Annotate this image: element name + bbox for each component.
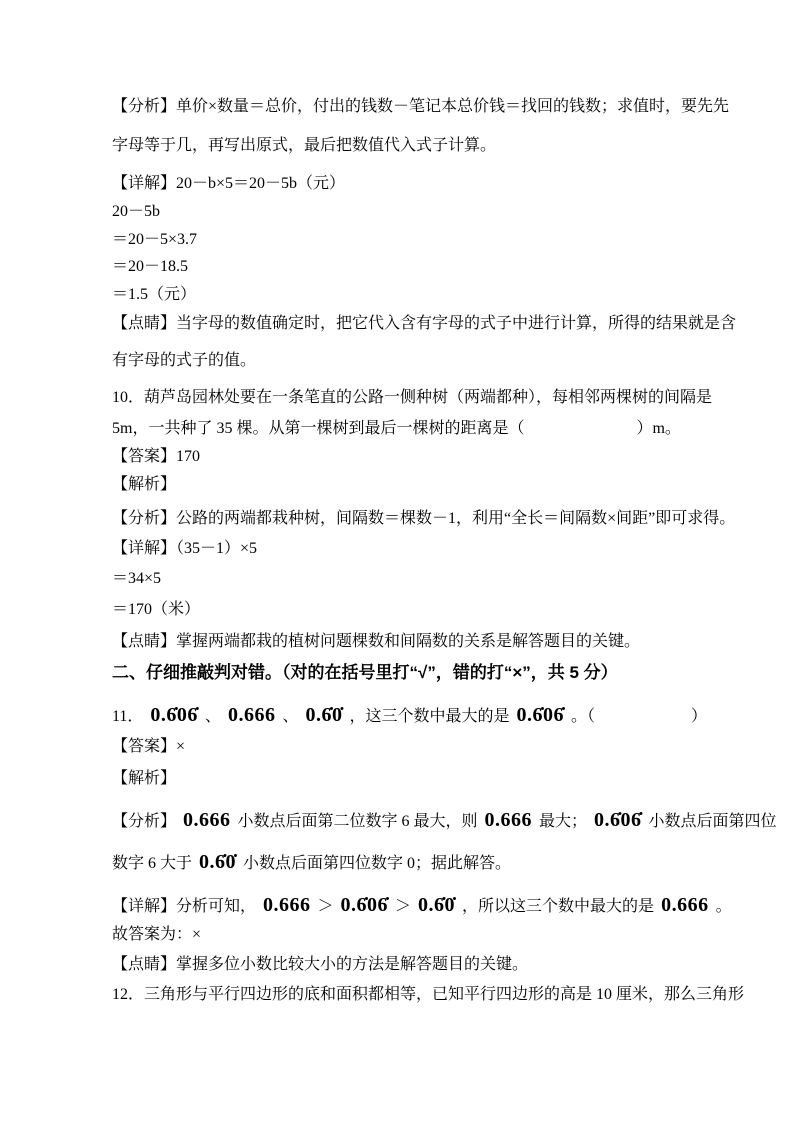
q9-equation-line-3: ＝20－18.5 — [112, 256, 712, 284]
detail-text: ，所以这三个数中最大的是 — [462, 898, 654, 915]
document-page: 【分析】单价×数量＝总价，付出的钱数－笔记本总价钱＝找回的钱数；求值时，要先先 … — [0, 0, 794, 1123]
q9-detail-line: 【详解】20－b×5＝20－5b（元） — [112, 173, 712, 201]
repeating-decimal-060: 0.6̇0̇ — [418, 894, 455, 916]
greater-than-sign: ＞ — [395, 898, 411, 915]
analysis-text: 小数点后面第四位 — [649, 813, 777, 830]
analysis-text: 小数点后面第二位数字 6 最大，则 — [238, 813, 478, 830]
q11-answer-line: 【答案】× — [112, 736, 712, 768]
repeating-decimal-0606: 0.6̇06̇ — [516, 704, 564, 726]
section-2-header: 二、仔细推敲判对错。（对的在括号里打“√”，错的打“×”，共 5 分） — [112, 662, 712, 704]
q11-tip-line: 【点睛】掌握多位小数比较大小的方法是解答题目的关键。 — [112, 954, 712, 984]
repeating-decimal-060: 0.6̇0̇ — [305, 704, 342, 726]
q9-analysis-line-1: 【分析】单价×数量＝总价，付出的钱数－笔记本总价钱＝找回的钱数；求值时，要先先 — [112, 96, 712, 135]
q10-equation-line-1: ＝34×5 — [112, 568, 712, 599]
q11-answer-blank: 。（ ） — [571, 708, 707, 725]
q9-equation-line-2: ＝20－5×3.7 — [112, 229, 712, 256]
q10-detail-line: 【详解】（35－1）×5 — [112, 538, 712, 568]
q10-analysis-label: 【解析】 — [112, 474, 712, 508]
greater-than-sign: ＞ — [318, 898, 334, 915]
q9-tip-line-2: 有字母的式子的值。 — [112, 350, 712, 387]
q11-analysis-line-2: 数字 6 大于 0.6̇0̇ 小数点后面第四位数字 0；据此解答。 — [112, 851, 712, 894]
repeating-decimal-0606: 0.6̇06̇ — [341, 894, 389, 916]
q11-number-prefix: 11． — [112, 708, 143, 725]
q10-analysis-line: 【分析】公路的两端都栽种树，间隔数＝棵数－1，利用“全长＝间隔数×间距”即可求得… — [112, 508, 712, 538]
q10-equation-line-2: ＝170（米） — [112, 599, 712, 631]
q11-stem-line: 11． 0.6̇06̇ 、 0.666 、 0.6̇0̇ ，这三个数中最大的是 … — [112, 704, 712, 736]
q11-analysis-line-1: 【分析】 0.666 小数点后面第二位数字 6 最大，则 0.666 最大； 0… — [112, 809, 712, 851]
list-separator: 、 — [205, 708, 221, 725]
detail-tag: 【详解】分析可知， — [112, 898, 256, 915]
decimal-0666: 0.666 — [485, 809, 533, 831]
q10-stem-line-2: 5m，一共种了 35 棵。从第一棵树到最后一棵树的距离是（ ）m。 — [112, 418, 712, 446]
q11-detail-line: 【详解】分析可知， 0.666 ＞ 0.6̇06̇ ＞ 0.6̇0̇ ，所以这三… — [112, 894, 712, 924]
q11-stem-text: ，这三个数中最大的是 — [349, 708, 509, 725]
list-separator: 、 — [282, 708, 298, 725]
decimal-0666: 0.666 — [228, 704, 276, 726]
q10-tip-line: 【点睛】掌握两端都栽的植树问题棵数和间隔数的关系是解答题目的关键。 — [112, 631, 712, 662]
decimal-0666: 0.666 — [183, 809, 231, 831]
document-content: 【分析】单价×数量＝总价，付出的钱数－笔记本总价钱＝找回的钱数；求值时，要先先 … — [112, 96, 712, 1006]
analysis-text: 最大； — [539, 813, 587, 830]
q9-analysis-line-2: 字母等于几，再写出原式，最后把数值代入式子计算。 — [112, 135, 712, 173]
q12-stem-line-1: 12．三角形与平行四边形的底和面积都相等，已知平行四边形的高是 10 厘米，那么… — [112, 984, 712, 1006]
q11-conclusion-line: 故答案为：× — [112, 924, 712, 954]
repeating-decimal-0606: 0.6̇06̇ — [594, 809, 642, 831]
analysis-tag: 【分析】 — [112, 813, 176, 830]
detail-text: 。 — [716, 898, 732, 915]
analysis-text: 数字 6 大于 — [112, 855, 192, 872]
q9-tip-line-1: 【点睛】当字母的数值确定时，把它代入含有字母的式子中进行计算，所得的结果就是含 — [112, 313, 712, 350]
decimal-0666: 0.666 — [661, 894, 709, 916]
repeating-decimal-0606: 0.6̇06̇ — [150, 704, 198, 726]
q10-stem-line-1: 10．葫芦岛园林处要在一条笔直的公路一侧种树（两端都种），每相邻两棵树的间隔是 — [112, 387, 712, 418]
repeating-decimal-060: 0.6̇0̇ — [199, 851, 236, 873]
q9-equation-line-4: ＝1.5（元） — [112, 284, 712, 313]
q10-answer-line: 【答案】170 — [112, 446, 712, 474]
decimal-0666: 0.666 — [263, 894, 311, 916]
q11-analysis-label: 【解析】 — [112, 768, 712, 809]
analysis-text: 小数点后面第四位数字 0；据此解答。 — [243, 855, 511, 872]
q9-equation-line-1: 20－5b — [112, 201, 712, 229]
